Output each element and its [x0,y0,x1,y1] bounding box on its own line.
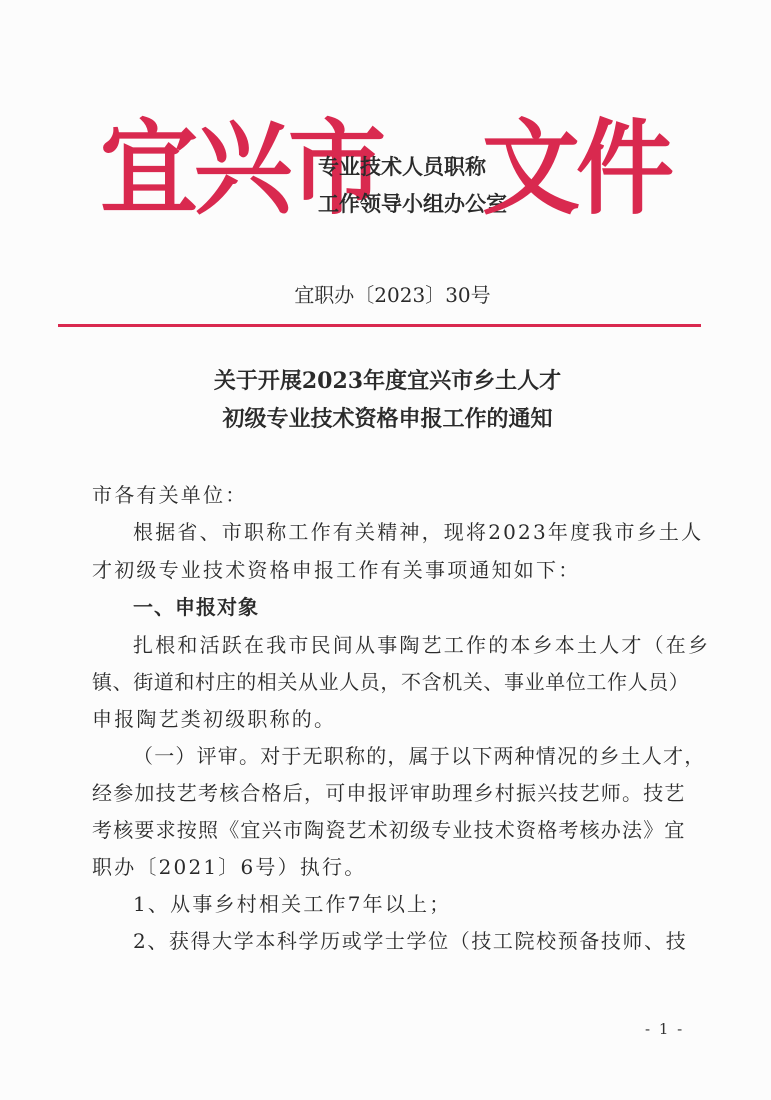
page-number: - 1 - [645,1020,684,1038]
body-paragraph-line: 根据省、市职称工作有关精神，现将2023年度我市乡土人 [133,518,703,546]
body-paragraph-line: 考核要求按照《宜兴市陶瓷艺术初级专业技术资格考核办法》宜 [92,816,686,844]
header-document-word: 文件 [482,118,670,221]
body-paragraph-line: （一）评审。对于无职称的，属于以下两种情况的乡土人才， [133,742,705,770]
body-paragraph-line: 职办〔2021〕6号）执行。 [92,853,366,881]
salutation: 市各有关单位： [92,481,247,509]
list-item: 1、从事乡村相关工作7年以上； [133,890,451,918]
body-paragraph-line: 才初级专业技术资格申报工作有关事项通知如下： [92,556,580,584]
document-title-line-1: 关于开展2023年度宜兴市乡土人才 [0,362,771,400]
document-number: 宜职办〔2023〕30号 [0,279,771,308]
section-heading: 一、申报对象 [133,593,259,621]
body-paragraph-line: 镇、街道和村庄的相关从业人员，不含机关、事业单位工作人员） [92,668,689,696]
red-divider-line [58,324,701,327]
header-org-line-1: 专业技术人员职称 [318,148,507,185]
body-paragraph-line: 扎根和活跃在我市民间从事陶艺工作的本乡本土人才（在乡 [133,631,710,659]
document-title-line-2: 初级专业技术资格申报工作的通知 [0,400,771,438]
header-org-line-2: 工作领导小组办公室 [318,185,507,222]
header-organization: 专业技术人员职称 工作领导小组办公室 [318,148,507,222]
document-page: 宜兴市 专业技术人员职称 工作领导小组办公室 文件 宜职办〔2023〕30号 关… [0,0,771,1100]
body-paragraph-line: 经参加技艺考核合格后，可申报评审助理乡村振兴技艺师。技艺 [92,779,686,807]
body-paragraph-line: 申报陶艺类初级职称的。 [92,705,336,733]
list-item: 2、获得大学本科学历或学士学位（技工院校预备技师、技 [133,927,687,955]
